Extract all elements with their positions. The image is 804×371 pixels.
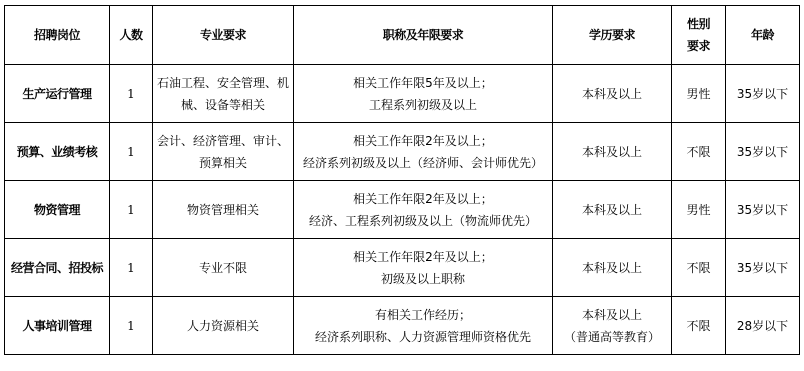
cell-count: 1 [110,65,153,123]
cell-major: 物资管理相关 [153,181,294,239]
cell-major: 会计、经济管理、审计、预算相关 [153,123,294,181]
cell-education: 本科及以上（普通高等教育） [553,297,672,355]
count-text: 1 [127,145,135,159]
header-position: 招聘岗位 [5,6,110,65]
cell-count: 1 [110,181,153,239]
cell-count: 1 [110,123,153,181]
header-age: 年龄 [726,6,800,65]
cell-education: 本科及以上 [553,65,672,123]
title-line: 相关工作年限2年及以上； [296,130,550,152]
cell-title: 有相关工作经历；经济系列职称、人力资源管理师资格优先 [294,297,553,355]
cell-education: 本科及以上 [553,123,672,181]
cell-position: 人事培训管理 [5,297,110,355]
gender-text: 不限 [686,261,710,275]
table-row: 经营合同、招投标 1 专业不限 相关工作年限2年及以上；初级及以上职称 本科及以… [5,239,800,297]
cell-title: 相关工作年限2年及以上；初级及以上职称 [294,239,553,297]
title-line: 经济系列职称、人力资源管理师资格优先 [296,326,550,348]
gender-text: 男性 [686,203,710,217]
cell-position: 预算、业绩考核 [5,123,110,181]
cell-count: 1 [110,297,153,355]
position-text: 预算、业绩考核 [17,145,98,159]
cell-title: 相关工作年限2年及以上；经济、工程系列初级及以上（物流师优先） [294,181,553,239]
title-line: 工程系列初级及以上 [296,94,550,116]
header-count: 人数 [110,6,153,65]
cell-major: 人力资源相关 [153,297,294,355]
cell-age: 28岁以下 [726,297,800,355]
count-text: 1 [127,87,135,101]
age-text: 35岁以下 [737,261,788,275]
position-text: 经营合同、招投标 [11,261,103,275]
cell-gender: 男性 [672,181,726,239]
title-line: 经济系列初级及以上（经济师、会计师优先） [296,152,550,174]
position-text: 生产运行管理 [22,87,91,101]
header-gender-line: 性别 [674,13,723,35]
cell-position: 经营合同、招投标 [5,239,110,297]
education-line: 本科及以上 [555,304,669,326]
age-text: 35岁以下 [737,203,788,217]
title-line: 初级及以上职称 [296,268,550,290]
header-gender: 性别 要求 [672,6,726,65]
cell-position: 物资管理 [5,181,110,239]
major-line: 人力资源相关 [155,315,291,337]
major-line: 预算相关 [155,152,291,174]
count-text: 1 [127,203,135,217]
education-line: 本科及以上 [555,83,669,105]
cell-position: 生产运行管理 [5,65,110,123]
education-line: （普通高等教育） [555,326,669,348]
title-line: 相关工作年限2年及以上； [296,246,550,268]
table-row: 预算、业绩考核 1 会计、经济管理、审计、预算相关 相关工作年限2年及以上；经济… [5,123,800,181]
header-major: 专业要求 [153,6,294,65]
cell-gender: 不限 [672,123,726,181]
major-line: 会计、经济管理、审计、 [155,130,291,152]
education-line: 本科及以上 [555,141,669,163]
gender-text: 不限 [686,319,710,333]
cell-age: 35岁以下 [726,123,800,181]
major-line: 物资管理相关 [155,199,291,221]
gender-text: 男性 [686,87,710,101]
table-row: 人事培训管理 1 人力资源相关 有相关工作经历；经济系列职称、人力资源管理师资格… [5,297,800,355]
cell-major: 石油工程、安全管理、机械、设备等相关 [153,65,294,123]
cell-title: 相关工作年限2年及以上；经济系列初级及以上（经济师、会计师优先） [294,123,553,181]
title-line: 经济、工程系列初级及以上（物流师优先） [296,210,550,232]
cell-education: 本科及以上 [553,181,672,239]
cell-title: 相关工作年限5年及以上；工程系列初级及以上 [294,65,553,123]
age-text: 35岁以下 [737,145,788,159]
recruitment-table: 招聘岗位 人数 专业要求 职称及年限要求 学历要求 性别 要求 年龄 生产运行管… [4,5,800,355]
education-line: 本科及以上 [555,199,669,221]
cell-major: 专业不限 [153,239,294,297]
table-row: 生产运行管理 1 石油工程、安全管理、机械、设备等相关 相关工作年限5年及以上；… [5,65,800,123]
header-gender-line: 要求 [674,35,723,57]
title-line: 相关工作年限2年及以上； [296,188,550,210]
table-row: 物资管理 1 物资管理相关 相关工作年限2年及以上；经济、工程系列初级及以上（物… [5,181,800,239]
cell-age: 35岁以下 [726,65,800,123]
cell-education: 本科及以上 [553,239,672,297]
education-line: 本科及以上 [555,257,669,279]
header-row: 招聘岗位 人数 专业要求 职称及年限要求 学历要求 性别 要求 年龄 [5,6,800,65]
title-line: 有相关工作经历； [296,304,550,326]
header-education: 学历要求 [553,6,672,65]
age-text: 28岁以下 [737,319,788,333]
cell-gender: 不限 [672,297,726,355]
header-title: 职称及年限要求 [294,6,553,65]
count-text: 1 [127,261,135,275]
age-text: 35岁以下 [737,87,788,101]
position-text: 物资管理 [34,203,80,217]
cell-count: 1 [110,239,153,297]
count-text: 1 [127,319,135,333]
cell-age: 35岁以下 [726,239,800,297]
cell-gender: 不限 [672,239,726,297]
position-text: 人事培训管理 [22,319,91,333]
title-line: 相关工作年限5年及以上； [296,72,550,94]
major-line: 石油工程、安全管理、机 [155,72,291,94]
major-line: 专业不限 [155,257,291,279]
cell-age: 35岁以下 [726,181,800,239]
major-line: 械、设备等相关 [155,94,291,116]
gender-text: 不限 [686,145,710,159]
cell-gender: 男性 [672,65,726,123]
